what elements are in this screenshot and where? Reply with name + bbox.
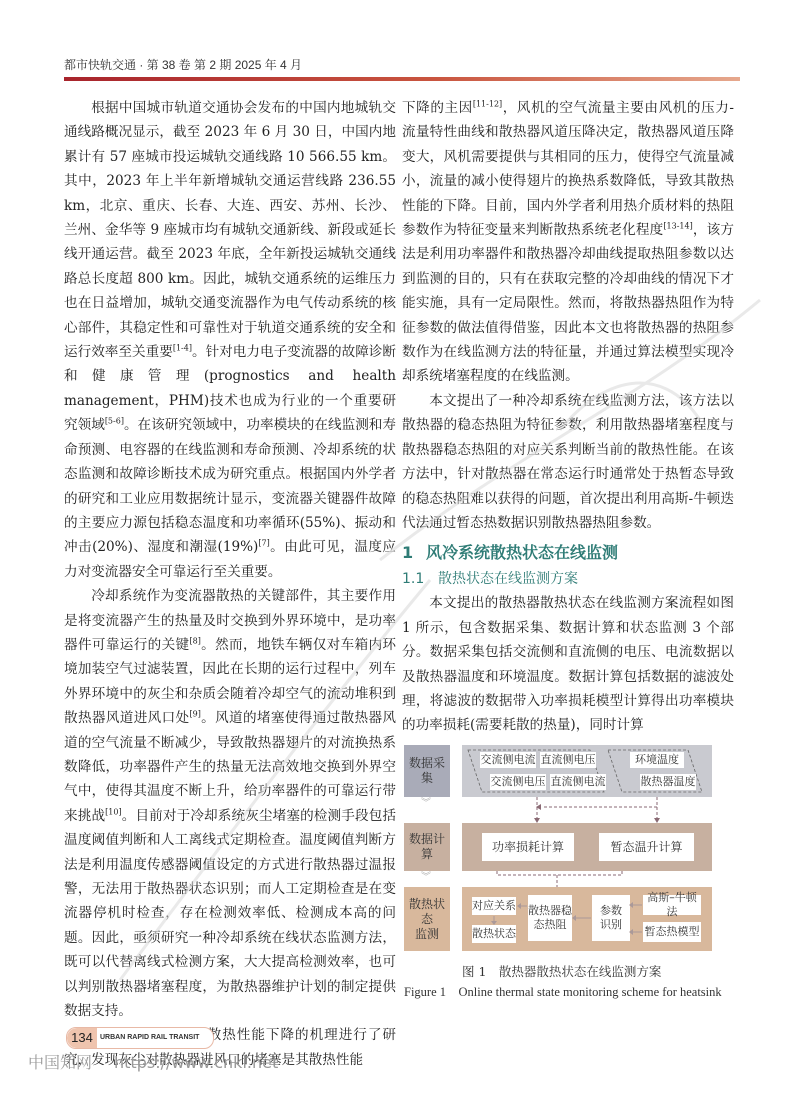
ac-voltage-box: 交流侧电压: [490, 774, 546, 790]
figure-1-diagram: 数据采集 交流侧电流 直流侧电压 交流侧电压 直流侧电流 环境温度 散热器温度 …: [402, 745, 742, 951]
row-label-monitor: 散热状态 监测: [404, 887, 450, 951]
compute-panel: 功率损耗计算 暂态温升计算: [462, 823, 712, 871]
power-loss-calc-box: 功率损耗计算: [482, 833, 574, 861]
row-label-compute: 数据计算: [404, 823, 450, 871]
journal-title-en: URBAN RAPID RAIL TRANSIT: [100, 1028, 199, 1048]
heatsink-temp-box: 散热器温度: [640, 774, 696, 790]
paragraph: 下降的主因[11-12]，风机的空气流量主要由风机的压力-流量特性曲线和散热器风…: [402, 96, 734, 389]
paragraph: 本文提出了一种冷却系统在线监测方法，该方法以散热器的稳态热阻为特征参数，利用散热…: [402, 389, 734, 535]
right-column: 下降的主因[11-12]，风机的空气流量主要由风机的压力-流量特性曲线和散热器风…: [402, 96, 734, 738]
dc-voltage-box: 直流侧电压: [540, 752, 596, 768]
flow-arrows: [462, 887, 712, 951]
dc-current-box: 直流侧电流: [550, 774, 606, 790]
ambient-temp-box: 环境温度: [630, 752, 684, 768]
citation[interactable]: [10]: [105, 807, 121, 816]
cnki-name: 中国知网: [28, 1053, 92, 1072]
left-column: 根据中国城市轨道交通协会发布的中国内地城轨交通线路概况显示，截至 2023 年 …: [64, 96, 396, 1072]
citation[interactable]: [11-12]: [473, 99, 502, 108]
citation[interactable]: [8]: [189, 636, 200, 645]
page-footer-badge: 134 URBAN RAPID RAIL TRANSIT: [66, 1027, 214, 1049]
acquisition-panel: 交流侧电流 直流侧电压 交流侧电压 直流侧电流 环境温度 散热器温度: [462, 745, 712, 797]
citation[interactable]: [13-14]: [663, 222, 692, 231]
cnki-url[interactable]: https://www.cnki.net: [114, 1053, 278, 1072]
transient-rise-calc-box: 暂态温升计算: [599, 833, 694, 861]
journal-header: 都市快轨交通 · 第 38 卷 第 2 期 2025 年 4 月: [64, 56, 302, 73]
monitor-panel: 对应关系 散热状态 散热器稳态热阻 参数识别 高斯–牛顿法 暂态热模型: [462, 887, 712, 951]
paragraph: 本文提出的散热器散热状态在线监测方案流程如图 1 所示，包含数据采集、数据计算和…: [402, 591, 734, 737]
citation[interactable]: [7]: [258, 539, 269, 548]
citation[interactable]: [9]: [189, 710, 200, 719]
figure-caption-en: Figure 1 Online thermal state monitoring…: [404, 982, 722, 1000]
page-number: 134: [67, 1028, 97, 1048]
section-heading-1: 1风冷系统散热状态在线监测: [402, 539, 734, 567]
ac-current-box: 交流侧电流: [480, 752, 536, 768]
citation[interactable]: [5-6]: [105, 417, 124, 426]
figure-caption-cn: 图 1 散热器散热状态在线监测方案: [462, 962, 661, 980]
cnki-watermark: 中国知网https://www.cnki.net: [28, 1050, 278, 1073]
paragraph: 冷却系统作为变流器散热的关键部件，其主要作用是将变流器产生的热量及时交换到外界环…: [64, 584, 396, 1023]
row-label-acquisition: 数据采集: [404, 745, 450, 797]
paragraph: 根据中国城市轨道交通协会发布的中国内地城轨交通线路概况显示，截至 2023 年 …: [64, 96, 396, 584]
section-heading-1-1: 1.1散热状态在线监测方案: [402, 567, 734, 591]
citation[interactable]: [1-4]: [173, 344, 192, 353]
header-rule: [64, 77, 740, 81]
